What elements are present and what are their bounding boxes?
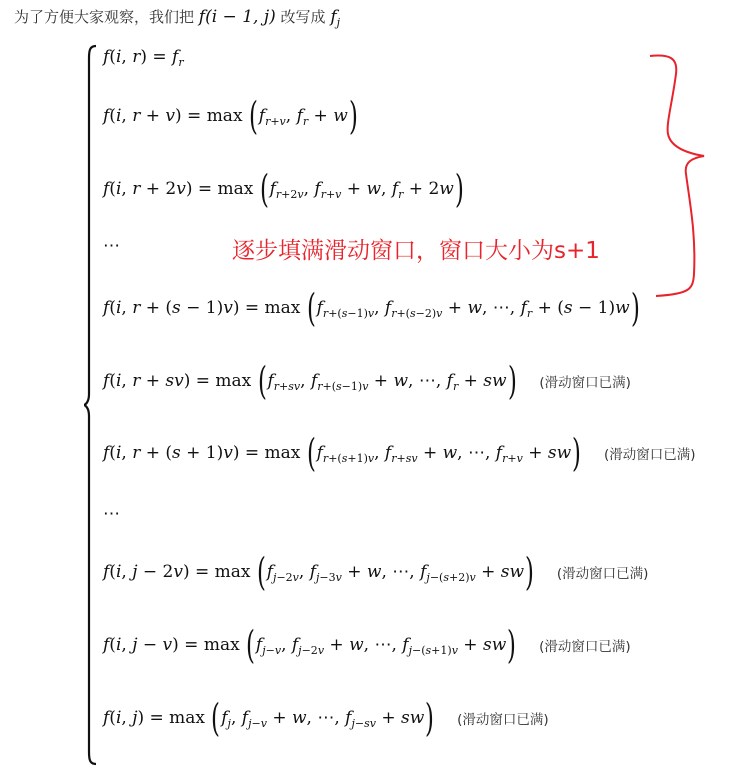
window-full-note: (滑动窗口已满) — [557, 562, 649, 582]
equation-row-9: f(i, j − v) = max ( fj−v, fj−2v + w, ⋯, … — [103, 625, 631, 665]
equation-row-2: f(i, r + 2v) = max ( fr+2v, fr+v + w, fr… — [103, 169, 465, 209]
red-annotation-brace-icon — [640, 44, 720, 304]
intro-expr-new: fj — [330, 7, 340, 27]
intro-text-mid: 改写成 — [281, 8, 326, 26]
intro-expr-original: f(i − 1, j) — [199, 7, 276, 27]
equation-row-8: f(i, j − 2v) = max ( fj−2v, fj−3v + w, ⋯… — [103, 552, 648, 592]
equation-row-5: f(i, r + sv) = max ( fr+sv, fr+(s−1)v + … — [103, 361, 631, 401]
equation-row-0: f(i, r) = fr — [103, 37, 184, 77]
equation-row-6: f(i, r + (s + 1)v) = max ( fr+(s+1)v, fr… — [103, 433, 696, 473]
window-full-note: (滑动窗口已满) — [457, 708, 549, 728]
equation-row-4: f(i, r + (s − 1)v) = max ( fr+(s−1)v, fr… — [103, 288, 641, 328]
sliding-window-annotation: 逐步填满滑动窗口，窗口大小为s+1 — [232, 232, 600, 265]
equation-row-3-ellipsis: ⋯ — [103, 226, 120, 266]
window-full-note: (滑动窗口已满) — [539, 635, 631, 655]
window-full-note: (滑动窗口已满) — [539, 371, 631, 391]
equation-row-10: f(i, j) = max ( fj, fj−v + w, ⋯, fj−sv +… — [103, 698, 549, 738]
intro-text: 为了方便大家观察，我们把 f(i − 1, j) 改写成 fj — [14, 6, 340, 29]
equation-row-7-ellipsis: ⋯ — [103, 494, 120, 534]
intro-text-before: 为了方便大家观察，我们把 — [14, 8, 194, 26]
equation-row-1: f(i, r + v) = max ( fr+v, fr + w) — [103, 96, 359, 136]
window-full-note: (滑动窗口已满) — [604, 443, 696, 463]
left-brace-icon — [84, 44, 98, 766]
